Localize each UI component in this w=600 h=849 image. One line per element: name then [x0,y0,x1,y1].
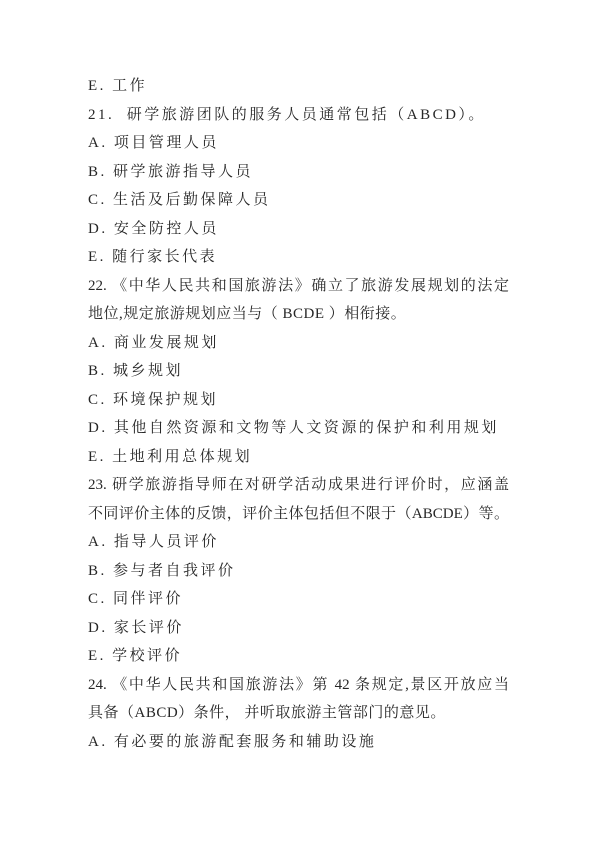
option-line: E. 学校评价 [88,642,509,671]
option-line: D. 其他自然资源和文物等人文资源的保护和利用规划 [88,414,509,443]
question-line: 23. 研学旅游指导师在对研学活动成果进行评价时，应涵盖 [88,471,509,500]
option-line: E. 工作 [88,72,509,101]
option-line: B. 研学旅游指导人员 [88,158,509,187]
question-line: 24. 《中华人民共和国旅游法》第 42 条规定,景区开放应当 [88,671,509,700]
option-line: A. 商业发展规划 [88,329,509,358]
option-line: C. 生活及后勤保障人员 [88,186,509,215]
question-continuation-line: 不同评价主体的反馈，评价主体包括但不限于（ABCDE）等。 [88,500,509,529]
question-line: 22. 《中华人民共和国旅游法》确立了旅游发展规划的法定 [88,272,509,301]
option-line: D. 安全防控人员 [88,215,509,244]
option-line: A. 指导人员评价 [88,528,509,557]
option-line: D. 家长评价 [88,614,509,643]
option-line: A. 有必要的旅游配套服务和辅助设施 [88,728,509,757]
option-line: C. 环境保护规划 [88,386,509,415]
option-line: E. 土地利用总体规划 [88,443,509,472]
question-line: 21. 研学旅游团队的服务人员通常包括（ABCD）。 [88,101,509,130]
option-line: B. 参与者自我评价 [88,557,509,586]
question-continuation-line: 地位,规定旅游规划应当与（ BCDE ）相衔接。 [88,300,509,329]
question-continuation-line: 具备（ABCD）条件， 并听取旅游主管部门的意见。 [88,699,509,728]
exam-page: E. 工作 21. 研学旅游团队的服务人员通常包括（ABCD）。 A. 项目管理… [0,0,600,849]
option-line: C. 同伴评价 [88,585,509,614]
option-line: B. 城乡规划 [88,357,509,386]
option-line: A. 项目管理人员 [88,129,509,158]
document-text-block: E. 工作 21. 研学旅游团队的服务人员通常包括（ABCD）。 A. 项目管理… [88,72,509,756]
option-line: E. 随行家长代表 [88,243,509,272]
